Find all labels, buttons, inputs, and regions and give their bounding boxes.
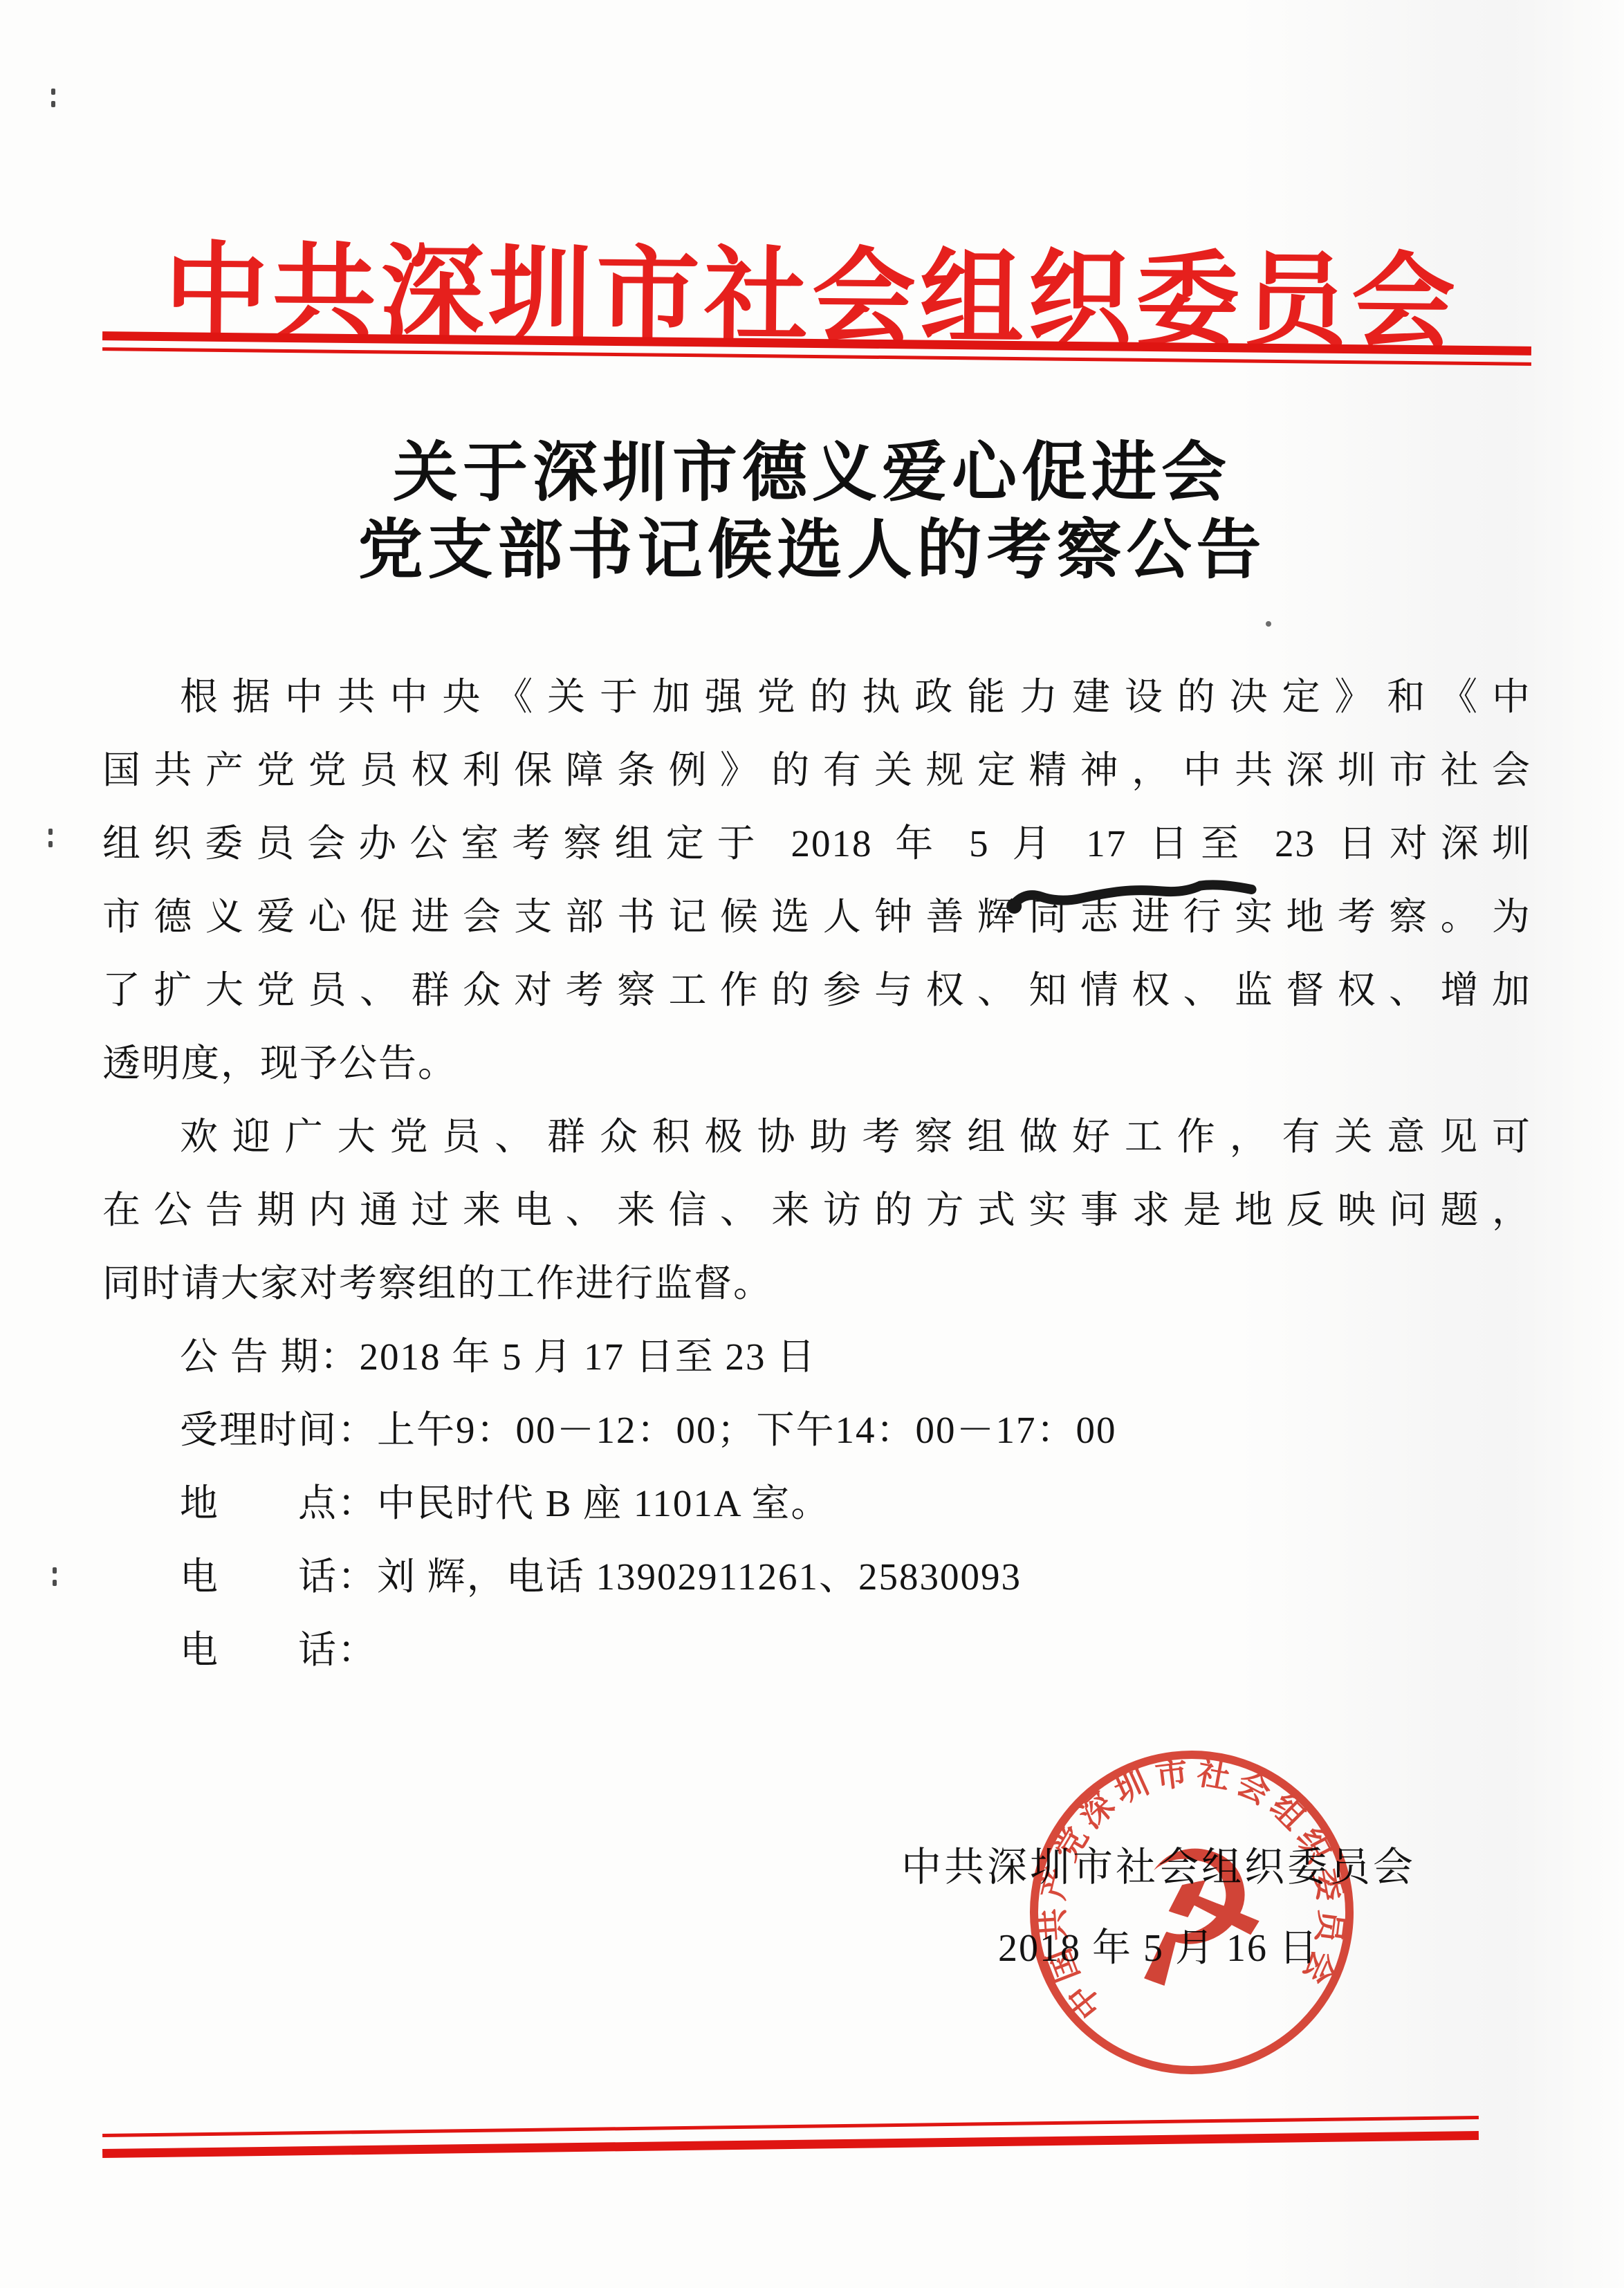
body-line: 了扩大党员、群众对考察工作的参与权、知情权、监督权、增加 <box>102 954 1531 1027</box>
document-title: 关于深圳市德义爱心促进会 党支部书记候选人的考察公告 <box>0 434 1624 589</box>
body-text: 根据中共中央《关于加强党的执政能力建设的决定》和《中 国共产党党员权利保障条例》… <box>102 661 1531 1687</box>
document-title-line-2: 党支部书记候选人的考察公告 <box>0 512 1624 589</box>
signature-date: 2018 年 5 月 16 日 <box>861 1917 1456 1973</box>
phone-line-2: 电 话： <box>102 1614 1531 1687</box>
seal-ring <box>1016 1737 1367 2088</box>
scan-speck <box>48 829 53 835</box>
body-line: 根据中共中央《关于加强党的执政能力建设的决定》和《中 <box>102 661 1531 734</box>
body-line: 透明度，现予公告。 <box>102 1027 1531 1100</box>
body-line: 同时请大家对考察组的工作进行监督。 <box>102 1247 1531 1320</box>
body-line: 欢迎广大党员、群众积极协助考察组做好工作，有关意见可 <box>102 1100 1531 1174</box>
scan-speck <box>51 89 55 95</box>
footer-rule-thick <box>102 2131 1479 2158</box>
official-seal: 中国共产党深圳市社会组织委员会 ☭ <box>1003 1724 1381 2101</box>
body-line: 国共产党党员权利保障条例》的有关规定精神，中共深圳市社会 <box>102 734 1531 807</box>
notice-period-line: 公 告 期：2018 年 5 月 17 日至 23 日 <box>102 1320 1531 1394</box>
body-line: 市德义爱心促进会支部书记候选人钟善辉同志进行实地考察。为 <box>102 880 1531 954</box>
signature-org-name: 中共深圳市社会组织委员会 <box>861 1834 1456 1892</box>
scanned-document-page: 中共深圳市社会组织委员会 关于深圳市德义爱心促进会 党支部书记候选人的考察公告 … <box>0 0 1624 2288</box>
body-line: 组织委员会办公室考察组定于 2018 年 5 月 17 日至 23 日对深圳 <box>102 807 1531 880</box>
phone-line-1: 电 话：刘 辉，电话 13902911261、25830093 <box>102 1540 1531 1614</box>
scan-speck <box>53 1567 57 1574</box>
scan-speck <box>1266 621 1271 627</box>
office-hours-line: 受理时间：上午9：00－12：00；下午14：00－17：00 <box>102 1394 1531 1467</box>
address-line: 地 点：中民时代 B 座 1101A 室。 <box>102 1467 1531 1540</box>
body-line: 在公告期内通过来电、来信、来访的方式实事求是地反映问题， <box>102 1174 1531 1247</box>
document-title-line-1: 关于深圳市德义爱心促进会 <box>0 434 1624 512</box>
